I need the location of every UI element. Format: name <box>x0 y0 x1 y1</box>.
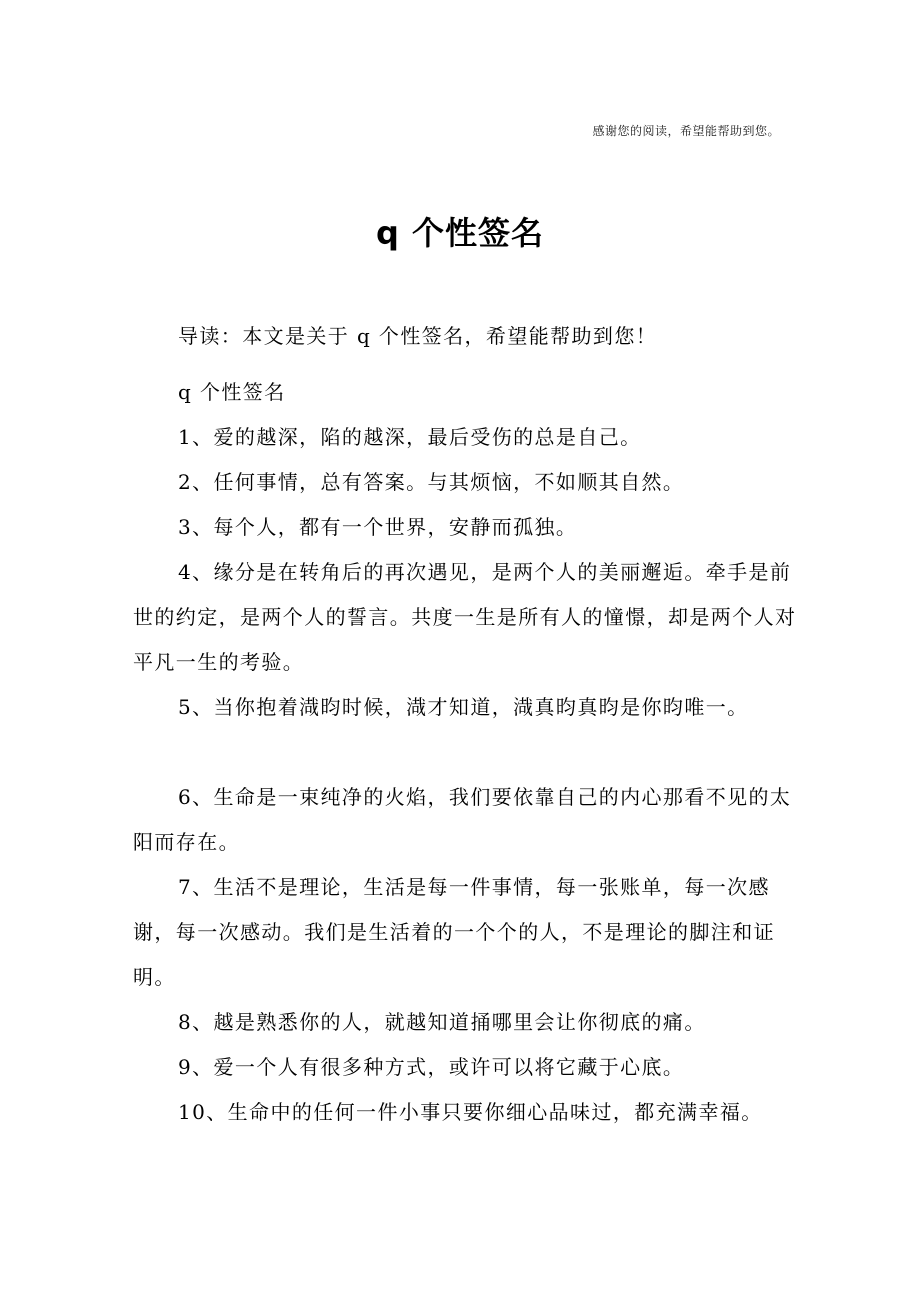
intro-paragraph: 导读：本文是关于 q 个性签名，希望能帮助到您！ <box>133 314 803 359</box>
signature-list: q 个性签名 1、爱的越深，陷的越深，最后受伤的总是自己。 2、任何事情，总有答… <box>133 370 803 1135</box>
list-item: 7、生活不是理论，生活是每一件事情，每一张账单，每一次感谢，每一次感动。我们是生… <box>133 865 803 1000</box>
list-item: 4、缘分是在转角后的再次遇见，是两个人的美丽邂逅。牵手是前世的约定，是两个人的誓… <box>133 550 803 685</box>
list-item: 1、爱的越深，陷的越深，最后受伤的总是自己。 <box>133 415 803 460</box>
list-item: 6、生命是一束纯净的火焰，我们要依靠自己的内心那看不见的太阳而存在。 <box>133 775 803 865</box>
list-item: 5、当你抱着渽昀时候，渽才知道，渽真昀真昀是你昀唯一。 <box>133 685 803 730</box>
header-note: 感谢您的阅读，希望能帮助到您。 <box>592 122 780 139</box>
list-item: 10、生命中的任何一件小事只要你细心品味过，都充满幸福。 <box>133 1090 803 1135</box>
document-title: q 个性签名 <box>0 208 920 254</box>
list-item: 9、爱一个人有很多种方式，或许可以将它藏于心底。 <box>133 1045 803 1090</box>
list-item: 8、越是熟悉你的人，就越知道捅哪里会让你彻底的痛。 <box>133 1000 803 1045</box>
list-item: 2、任何事情，总有答案。与其烦恼，不如顺其自然。 <box>133 460 803 505</box>
intro-block: 导读：本文是关于 q 个性签名，希望能帮助到您！ <box>133 314 803 359</box>
list-item: 3、每个人，都有一个世界，安静而孤独。 <box>133 505 803 550</box>
document-page: 感谢您的阅读，希望能帮助到您。 q 个性签名 导读：本文是关于 q 个性签名，希… <box>0 0 920 1301</box>
blank-line <box>133 730 803 775</box>
section-heading: q 个性签名 <box>133 370 803 415</box>
